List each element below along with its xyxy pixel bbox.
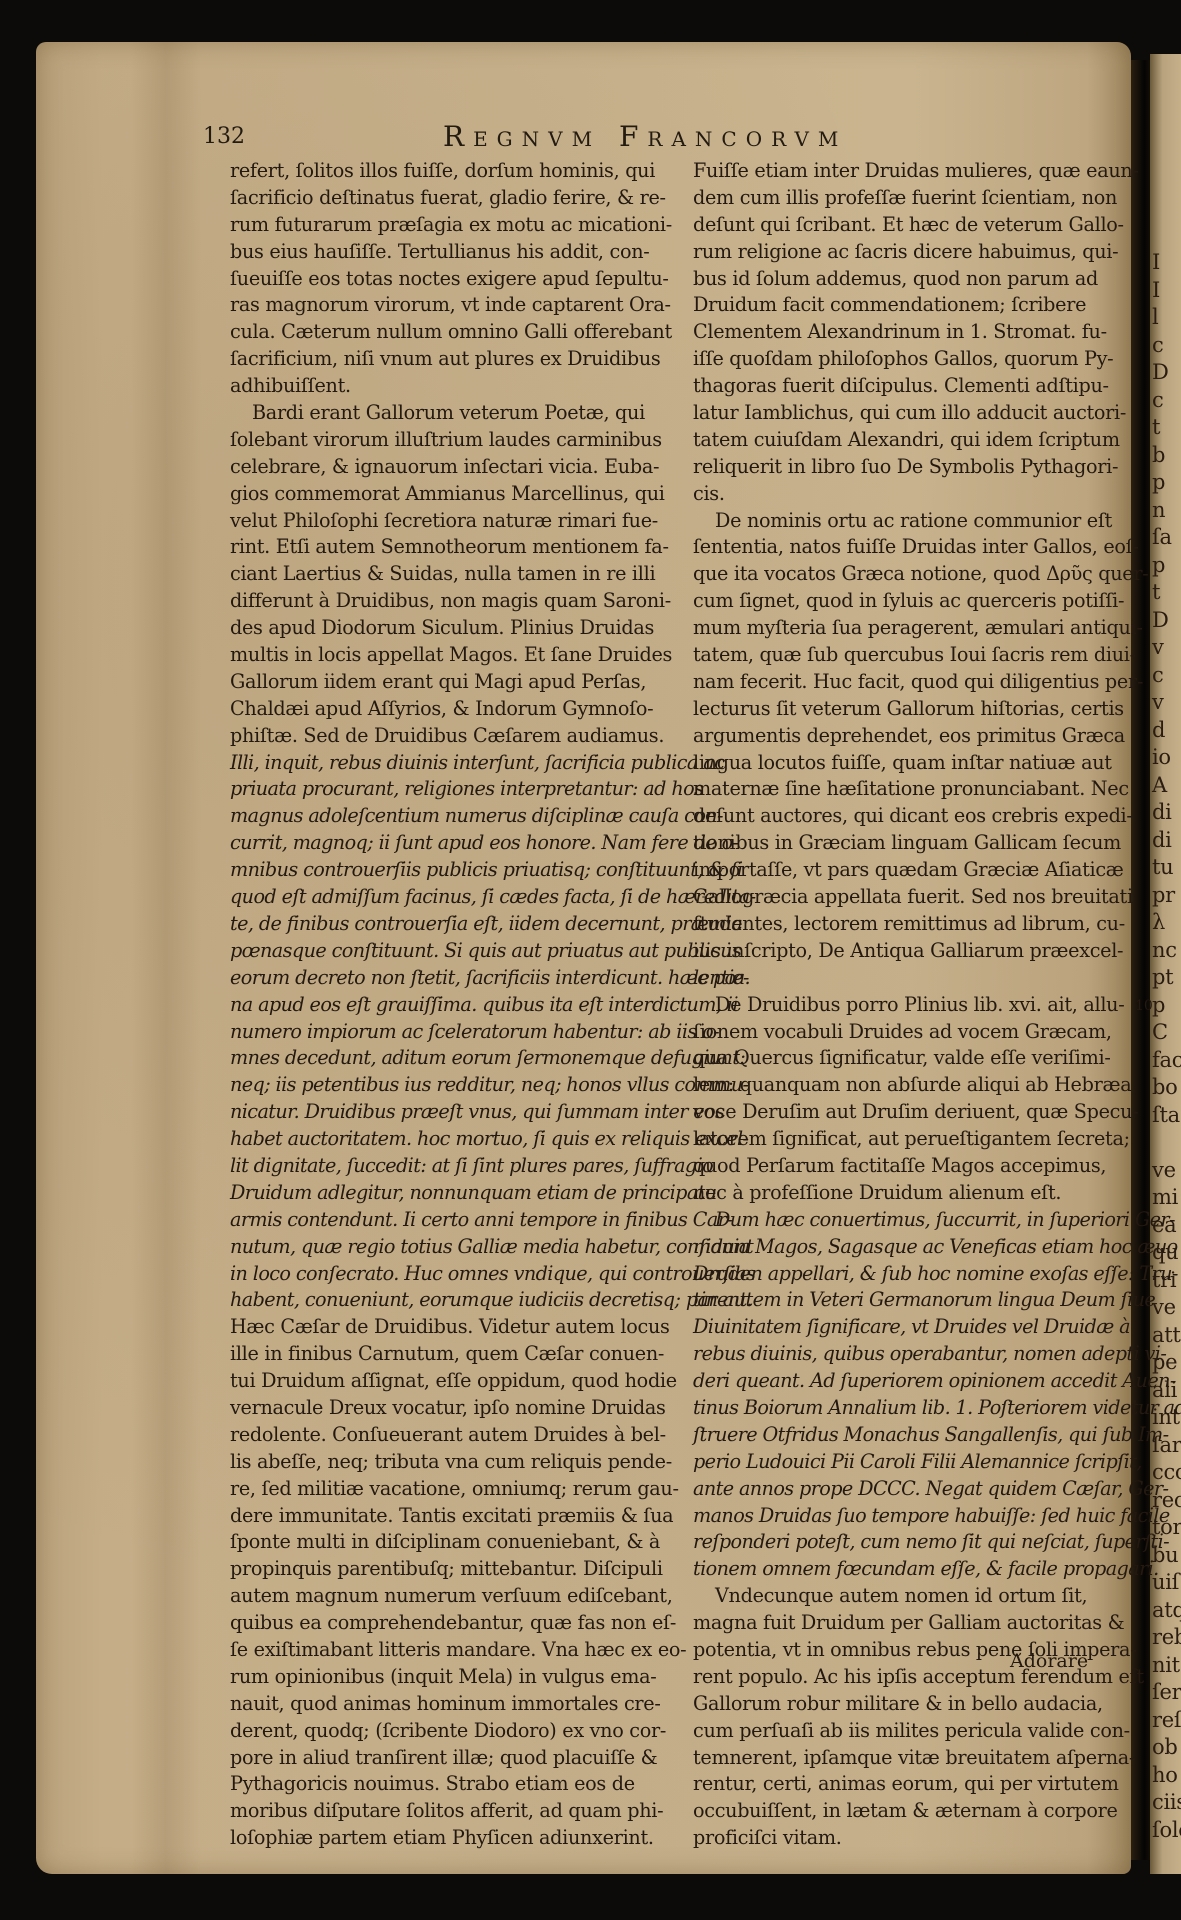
text-line: deri queant. Ad ſuperiorem opinionem acc… (693, 1368, 1073, 1395)
text-line: propinquis parentibuſq; mittebantur. Diſ… (230, 1556, 660, 1583)
text-line: nutum, quæ regio totius Galliæ media hab… (230, 1234, 660, 1261)
text-line: thagoras fuerit diſcipulus. Clementi adſ… (693, 373, 1073, 400)
fragment: A (1152, 772, 1181, 800)
fragment: n (1152, 497, 1181, 525)
text-line: Hæc Cæſar de Druidibus. Videtur autem lo… (230, 1314, 660, 1341)
text-line: mnibus controuerſiis publicis priuatisq;… (230, 857, 660, 884)
fragment: D (1152, 359, 1181, 387)
fragment: c (1152, 387, 1181, 415)
fragment: di (1152, 827, 1181, 855)
text-line: cum perſuaſi ab iis milites pericula val… (693, 1718, 1073, 1745)
text-line: rint. Etſi autem Semnotheorum mentionem … (230, 534, 660, 561)
fragment: c (1152, 662, 1181, 690)
text-line: lit dignitate, ſuccedit: at ſi ſint plur… (230, 1153, 660, 1180)
text-line: Gallorum robur militare & in bello audac… (693, 1691, 1073, 1718)
text-line: lingua locutos fuiſſe, quam inſtar natiu… (693, 750, 1073, 777)
fragment: reb (1152, 1624, 1181, 1652)
text-line: Gallogræcia appellata fuerit. Sed nos br… (693, 884, 1073, 911)
text-line: perio Ludouici Pii Caroli Filii Alemanni… (693, 1449, 1073, 1476)
fragment: t (1152, 414, 1181, 442)
text-line: rum religione ac ſacris dicere habuimus,… (693, 239, 1073, 266)
text-line: tinus Boiorum Annalium lib. 1. Poſterior… (693, 1395, 1073, 1422)
text-line: tatem, quæ ſub quercubus Ioui ſacris rem… (693, 642, 1073, 669)
text-line: ſacrificium, niſi vnum aut plures ex Dru… (230, 346, 660, 373)
text-line: ſe exiſtimabant litteris mandare. Vna hæ… (230, 1637, 660, 1664)
fragment (1152, 194, 1181, 222)
fragment: d (1152, 717, 1181, 745)
text-line: ante annos prope DCCC. Negat quidem Cæſa… (693, 1476, 1073, 1503)
text-line: ille in finibus Carnutum, quem Cæſar con… (230, 1341, 660, 1368)
text-line: ſueuiſſe eos totas noctes exigere apud ſ… (230, 266, 660, 293)
text-line: vernacule Dreux vocatur, ipſo nomine Dru… (230, 1395, 660, 1422)
fragment: p (1152, 992, 1181, 1020)
text-line: lentia. (693, 965, 1073, 992)
water-stain (131, 42, 201, 1874)
fragment (1152, 1129, 1181, 1157)
text-line: ſponte multi in diſciplinam conueniebant… (230, 1529, 660, 1556)
text-line: priuata procurant, religiones interpreta… (230, 776, 660, 803)
text-line: differunt à Druidibus, non magis quam Sa… (230, 588, 660, 615)
fragment: pt (1152, 964, 1181, 992)
fragment: nc (1152, 937, 1181, 965)
text-line: nauit, quod animas hominum immortales cr… (230, 1691, 660, 1718)
text-line: ſtruere Otfridus Monachus Sangallenſis, … (693, 1422, 1073, 1449)
text-line: neq; iis petentibus ius redditur, neq; h… (230, 1072, 660, 1099)
text-line: quibus ea comprehendebantur, quæ fas non… (230, 1610, 660, 1637)
scanned-book-spread: IIlcDctbpnſaptDvcvdioAdidituprλncptpCfac… (0, 0, 1181, 1920)
text-line: cula. Cæterum nullum omnino Galli offere… (230, 319, 660, 346)
fragment: p (1152, 552, 1181, 580)
text-line: Gallorum iidem erant qui Magi apud Perſa… (230, 669, 660, 696)
text-line: habent, conueniunt, eorumque iudiciis de… (230, 1287, 660, 1314)
text-line: occubuiſſent, in lætam & æternam à corpo… (693, 1798, 1073, 1825)
text-line: tionem omnem fœcundam eſſe, & facile pro… (693, 1556, 1073, 1583)
text-line: latur Iamblichus, qui cum illo adducit a… (693, 400, 1073, 427)
text-line: refert, ſolitos illos fuiſſe, dorſum hom… (230, 158, 660, 185)
text-line: ſacrificio deſtinatus fuerat, gladio fer… (230, 185, 660, 212)
text-line: dem cum illis profeſſæ fuerint ſcientiam… (693, 185, 1073, 212)
text-line: celebrare, & ignauorum inſectari vicia. … (230, 454, 660, 481)
text-line: ſententia, natos fuiſſe Druidas inter Ga… (693, 534, 1073, 561)
fragment: ſta (1152, 1102, 1181, 1130)
text-line: multis in locis appellat Magos. Et ſane … (230, 642, 660, 669)
text-line: Clementem Alexandrinum in 1. Stromat. fu… (693, 319, 1073, 346)
text-line: ras magnorum virorum, vt inde captarent … (230, 292, 660, 319)
text-line: loſophiæ partem etiam Phyſicen adiunxeri… (230, 1825, 660, 1852)
text-line: voce Deruſim aut Druſim deriuent, quæ Sp… (693, 1099, 1073, 1126)
text-line: adhibuiſſent. (230, 373, 660, 400)
text-line: ſionem vocabuli Druides ad vocem Græcam, (693, 1019, 1073, 1046)
text-line: mum myſteria ſua peragerent, æmulari ant… (693, 615, 1073, 642)
text-line: De Druidibus porro Plinius lib. xvi. ait… (693, 992, 1073, 1019)
fragment: I (1152, 249, 1181, 277)
text-line: pœnasque conſtituunt. Si quis aut priuat… (230, 938, 660, 965)
text-line: rentur, certi, animas eorum, qui per vir… (693, 1771, 1073, 1798)
page-number: 132 (203, 124, 245, 149)
text-line: bus eius hauſiſſe. Tertullianus his addi… (230, 239, 660, 266)
text-line: phiſtæ. Sed de Druidibus Cæſarem audiamu… (230, 723, 660, 750)
text-line: tin autem in Veteri Germanorum lingua De… (693, 1287, 1073, 1314)
text-line: argumentis deprehendet, eos primitus Græ… (693, 723, 1073, 750)
text-line: iſſe quoſdam philoſophos Gallos, quorum … (693, 346, 1073, 373)
text-line: proficiſci vitam. (693, 1825, 1073, 1852)
left-text-column: refert, ſolitos illos fuiſſe, dorſum hom… (230, 158, 660, 1852)
margin-line-number: 10 (1135, 998, 1153, 1014)
text-line: ſolebant virorum illuſtrium laudes carmi… (230, 427, 660, 454)
fragment: t (1152, 579, 1181, 607)
running-title: Regnvm Francorvm (443, 120, 847, 153)
text-line: tatem cuiuſdam Alexandri, qui idem ſcrip… (693, 427, 1073, 454)
running-head: 132 Regnvm Francorvm (203, 120, 923, 154)
fragment: bo (1152, 1074, 1181, 1102)
text-line: armis contendunt. Ii certo anni tempore … (230, 1207, 660, 1234)
text-line: eorum decreto non ſtetit, ſacrificiis in… (230, 965, 660, 992)
text-line: lis abeſſe, neq; tributa vna cum reliqui… (230, 1449, 660, 1476)
text-line: rum futurarum præſagia ex motu ac micati… (230, 212, 660, 239)
text-line: velut Philoſophi ſecretiora naturæ rimar… (230, 508, 660, 535)
text-line: ſtudentes, lectorem remittimus ad librum… (693, 911, 1073, 938)
text-line: lem: quanquam non abſurde aliqui ab Hebr… (693, 1072, 1073, 1099)
fragment: v (1152, 634, 1181, 662)
fragment: I (1152, 277, 1181, 305)
text-line: Dum hæc conuertimus, ſuccurrit, in ſuper… (693, 1207, 1073, 1234)
fragment: ciis (1152, 1789, 1181, 1817)
text-line: importaſſe, vt pars quædam Græciæ Aſiati… (693, 857, 1073, 884)
fragment: ſolc (1152, 1817, 1181, 1845)
text-line: Druden appellari, & ſub hoc nomine exoſa… (693, 1261, 1073, 1288)
text-line: magna fuit Druidum per Galliam auctorita… (693, 1610, 1073, 1637)
text-line: maternæ ſine hæſitatione pronunciabant. … (693, 776, 1073, 803)
text-line: Illi, inquit, rebus diuinis interſunt, ſ… (230, 750, 660, 777)
text-line: nam fecerit. Huc facit, quod qui diligen… (693, 669, 1073, 696)
fragment: v (1152, 689, 1181, 717)
text-line: deſunt qui ſcribant. Et hæc de veterum G… (693, 212, 1073, 239)
fragment: p (1152, 469, 1181, 497)
text-line: ciant Laertius & Suidas, nulla tamen in … (230, 561, 660, 588)
fragment: pr (1152, 882, 1181, 910)
text-line: te, de finibus controuerſia eſt, iidem d… (230, 911, 660, 938)
fragment: c (1152, 332, 1181, 360)
fragment: io (1152, 744, 1181, 772)
text-line: tui Druidum aſſignat, eſſe oppidum, quod… (230, 1368, 660, 1395)
fragment (1152, 222, 1181, 250)
text-line: reſponderi poteſt, cum nemo ſit qui neſc… (693, 1529, 1073, 1556)
text-line: De nominis ortu ac ratione communior eſt (693, 508, 1073, 535)
text-line: que ita vocatos Græca notione, quod Δρῦς… (693, 561, 1073, 588)
fragment: ho (1152, 1762, 1181, 1790)
text-line: in loco conſecrato. Huc omnes vndique, q… (230, 1261, 660, 1288)
text-line: derent, quodq; (ſcribente Diodoro) ex vn… (230, 1718, 660, 1745)
fragment: b (1152, 442, 1181, 470)
text-line: na apud eos eſt grauiſſima. quibus ita e… (230, 992, 660, 1019)
text-line: nec à profeſſione Druidum alienum eſt. (693, 1180, 1073, 1207)
text-line: redolente. Conſueuerant autem Druides à … (230, 1422, 660, 1449)
catchword: Adorare (1010, 1650, 1088, 1672)
text-line: Pythagoricis nouimus. Strabo etiam eos d… (230, 1771, 660, 1798)
fragment: atq (1152, 1597, 1181, 1625)
fragment: ſa (1152, 524, 1181, 552)
right-text-column: Fuiſſe etiam inter Druidas mulieres, quæ… (693, 158, 1073, 1852)
fragment: ob (1152, 1734, 1181, 1762)
adjacent-page-text-fragments: IIlcDctbpnſaptDvcvdioAdidituprλncptpCfac… (1152, 194, 1181, 1844)
text-line: manos Druidas ſuo tempore habuiſſe: ſed … (693, 1503, 1073, 1530)
text-line: cum ſignet, quod in ſyluis ac querceris … (693, 588, 1073, 615)
text-line: nicatur. Druidibus præeſt vnus, qui ſumm… (230, 1099, 660, 1126)
fragment: di (1152, 799, 1181, 827)
fragment: nit (1152, 1652, 1181, 1680)
text-line: rebus diuinis, quibus operabantur, nomen… (693, 1341, 1073, 1368)
fragment: ſer (1152, 1679, 1181, 1707)
text-line: Bardi erant Gallorum veterum Poetæ, qui (230, 400, 660, 427)
text-line: magnus adoleſcentium numerus diſciplinæ … (230, 803, 660, 830)
text-line: Vndecunque autem nomen id ortum ſit, (693, 1583, 1073, 1610)
fragment: tu (1152, 854, 1181, 882)
text-line: Fuiſſe etiam inter Druidas mulieres, quæ… (693, 158, 1073, 185)
text-line: rum opinionibus (inquit Mela) in vulgus … (230, 1664, 660, 1691)
text-line: lecturus ſit veterum Gallorum hiſtorias,… (693, 696, 1073, 723)
text-line: ius inſcripto, De Antiqua Galliarum præe… (693, 938, 1073, 965)
text-line: pore in aliud tranſirent illæ; quod plac… (230, 1745, 660, 1772)
text-line: deſunt auctores, qui dicant eos crebris … (693, 803, 1073, 830)
fragment: λ (1152, 909, 1181, 937)
fragment: reſ (1152, 1707, 1181, 1735)
fragment: ve (1152, 1294, 1181, 1322)
text-line: reliquerit in libro ſuo De Symbolis Pyth… (693, 454, 1073, 481)
text-line: qua Quercus ſignificatur, valde eſſe ver… (693, 1045, 1073, 1072)
text-line: Druidum adlegitur, nonnunquam etiam de p… (230, 1180, 660, 1207)
fragment: ve (1152, 1157, 1181, 1185)
text-line: dere immunitate. Tantis excitati præmiis… (230, 1503, 660, 1530)
fragment: l (1152, 304, 1181, 332)
text-line: habet auctoritatem. hoc mortuo, ſi quis … (230, 1126, 660, 1153)
text-line: latorem ſignificat, aut perueſtigantem ſ… (693, 1126, 1073, 1153)
text-line: numero impiorum ac ſceleratorum habentur… (230, 1019, 660, 1046)
fragment: C (1152, 1019, 1181, 1047)
text-line: temnerent, ipſamque vitæ breuitatem aſpe… (693, 1745, 1073, 1772)
text-line: Diuinitatem ſignificare, vt Druides vel … (693, 1314, 1073, 1341)
text-line: bus id ſolum addemus, quod non parum ad (693, 266, 1073, 293)
text-line: quod eſt admiſſum facinus, ſi cædes fact… (230, 884, 660, 911)
text-line: des apud Diodorum Siculum. Plinius Druid… (230, 615, 660, 642)
text-line: mania Magos, Sagasque ac Veneficas etiam… (693, 1234, 1073, 1261)
text-line: quod Perſarum factitaſſe Magos accepimus… (693, 1153, 1073, 1180)
text-line: Chaldæi apud Aſſyrios, & Indorum Gymnoſo… (230, 696, 660, 723)
text-line: moribus diſputare ſolitos afferit, ad qu… (230, 1798, 660, 1825)
text-line: Druidum facit commendationem; ſcribere (693, 292, 1073, 319)
text-line: cis. (693, 481, 1073, 508)
adjacent-page-edge: IIlcDctbpnſaptDvcvdioAdidituprλncptpCfac… (1150, 54, 1181, 1874)
text-line: re, ſed militiæ vacatione, omniumq; reru… (230, 1476, 660, 1503)
text-line: mnes decedunt, aditum eorum ſermonemque … (230, 1045, 660, 1072)
text-line: autem magnum numerum verſuum ediſcebant, (230, 1583, 660, 1610)
fragment: D (1152, 607, 1181, 635)
text-line: currit, magnoq; ii ſunt apud eos honore.… (230, 830, 660, 857)
fragment: fac (1152, 1047, 1181, 1075)
text-line: gios commemorat Ammianus Marcellinus, qu… (230, 481, 660, 508)
text-line: tionibus in Græciam linguam Gallicam ſec… (693, 830, 1073, 857)
